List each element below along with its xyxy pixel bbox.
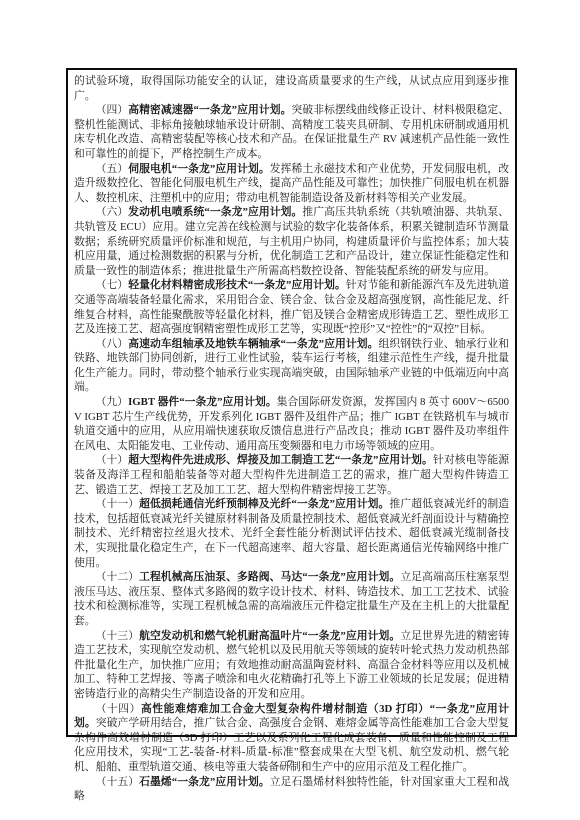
paragraph-prefix: （八） [96,338,129,350]
document-border-frame: 的试验环境，取得国际功能安全的认证，建设高质量要求的生产线，从试点应用到逐步推广… [66,68,517,737]
paragraph-prefix: （十四） [96,703,141,715]
paragraph: （十二）工程机械高压油泵、多路阀、马达“一条龙”应用计划。立足高端高压柱塞泵型液… [74,570,509,628]
paragraph-title: IGBT 器件“一条龙”应用计划。 [128,396,277,408]
paragraph-title: 航空发动机和燃气轮机耐高温叶片“一条龙”应用计划。 [139,630,400,642]
paragraph-body: 的试验环境，取得国际功能安全的认证，建设高质量要求的生产线，从试点应用到逐步推广… [74,75,509,102]
paragraph-prefix: （十一） [96,498,140,510]
paragraph-title: 发动机电喷系统“一条龙”应用计划。 [128,206,302,218]
paragraph-title: 高精密减速器“一条龙”应用计划。 [128,104,291,116]
paragraph: 的试验环境，取得国际功能安全的认证，建设高质量要求的生产线，从试点应用到逐步推广… [74,74,509,103]
paragraph-prefix: （十五） [96,776,140,788]
paragraph: （十五）石墨烯“一条龙”应用计划。立足石墨烯材料独特性能，针对国家重大工程和战略 [74,775,509,804]
paragraph: （八）高速动车组轴承及地铁车辆轴承“一条龙”应用计划。组织钢铁行业、轴承行业和铁… [74,337,509,395]
paragraph: （九）IGBT 器件“一条龙”应用计划。集合国际研发资源，发挥国内 8 英寸 6… [74,395,509,453]
paragraph-title: 伺服电机“一条龙”应用计划。 [128,163,270,175]
paragraph: （十一）超低损耗通信光纤预制棒及光纤“一条龙”应用计划。推广超低衰减光纤的制造技… [74,497,509,570]
paragraph-title: 石墨烯“一条龙”应用计划。 [139,776,270,788]
paragraph-prefix: （十） [96,454,129,466]
paragraph-title: 超低损耗通信光纤预制棒及光纤“一条龙”应用计划。 [139,498,389,510]
paragraph-title: 工程机械高压油泵、多路阀、马达“一条龙”应用计划。 [139,571,400,583]
paragraph-title: 轻量化材料精密成形技术“一条龙”应用计划。 [128,279,346,291]
paragraph-title: 超大型构件先进成形、焊接及加工制造工艺“一条龙”应用计划。 [128,454,433,466]
paragraph-prefix: （四） [96,104,129,116]
paragraph-prefix: （五） [96,163,129,175]
page-number: 7 [0,759,580,771]
paragraph: （四）高精密减速器“一条龙”应用计划。突破非标摆线曲线修正设计、材料极限稳定、整… [74,103,509,161]
document-body: 的试验环境，取得国际功能安全的认证，建设高质量要求的生产线，从试点应用到逐步推广… [74,74,509,804]
paragraph-title: 高速动车组轴承及地铁车辆轴承“一条龙”应用计划。 [128,338,378,350]
paragraph: （七）轻量化材料精密成形技术“一条龙”应用计划。针对节能和新能源汽车及先进轨道交… [74,278,509,336]
paragraph-prefix: （六） [96,206,129,218]
paragraph: （十三）航空发动机和燃气轮机耐高温叶片“一条龙”应用计划。立足世界先进的精密铸造… [74,629,509,702]
paragraph: （五）伺服电机“一条龙”应用计划。发挥稀土永磁技术和产业优势，开发伺服电机，改造… [74,162,509,206]
paragraph: （六）发动机电喷系统“一条龙”应用计划。推广高压共轨系统（共轨喷油器、共轨泵、共… [74,205,509,278]
paragraph-prefix: （十三） [96,630,140,642]
paragraph-prefix: （九） [96,396,128,408]
paragraph-prefix: （七） [96,279,129,291]
paragraph-prefix: （十二） [96,571,140,583]
paragraph: （十）超大型构件先进成形、焊接及加工制造工艺“一条龙”应用计划。针对核电等能源装… [74,453,509,497]
